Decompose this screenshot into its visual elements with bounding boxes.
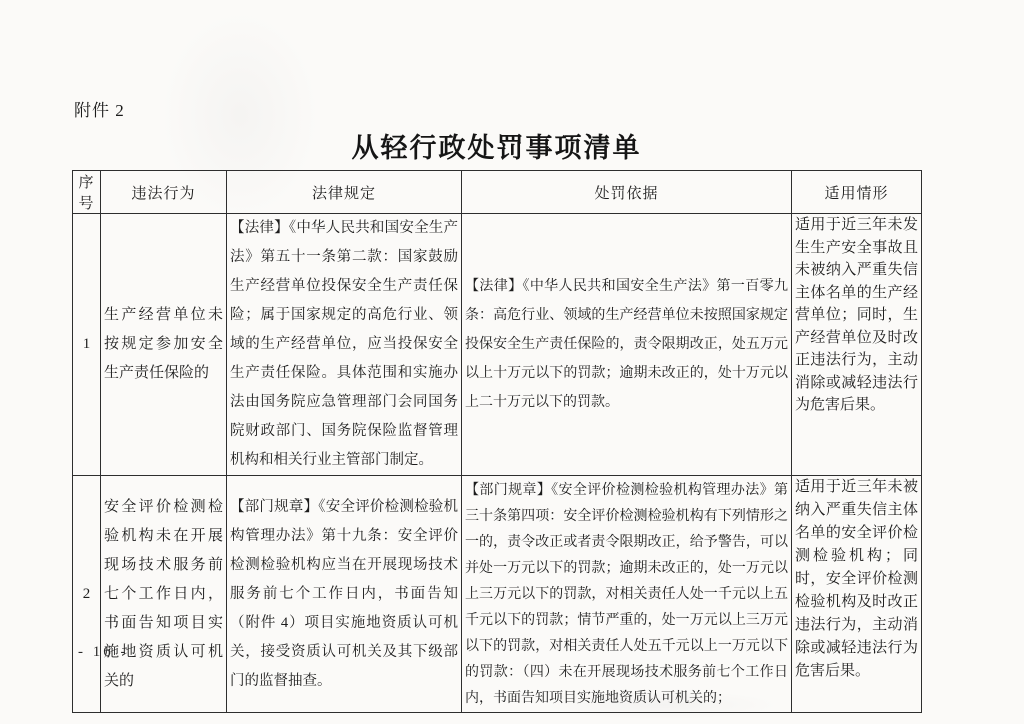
header-legal-provision: 法律规定 <box>227 171 462 214</box>
attachment-label: 附件 2 <box>74 96 125 121</box>
cell-index: 1 <box>73 214 101 476</box>
table-row: 1 生产经营单位未按规定参加安全生产责任保险的 【法律】《中华人民共和国安全生产… <box>73 214 922 476</box>
header-index: 序号 <box>73 171 101 214</box>
header-violation: 违法行为 <box>101 171 227 214</box>
cell-violation: 生产经营单位未按规定参加安全生产责任保险的 <box>101 214 227 476</box>
cell-applicable-situation: 适用于近三年未被纳入严重失信主体名单的安全评价检测检验机构；同时，安全评价检测检… <box>792 476 922 713</box>
header-penalty-basis: 处罚依据 <box>462 171 792 214</box>
document-page: 附件 2 从轻行政处罚事项清单 序号 违法行为 法律规定 处罚依据 适用情形 1… <box>0 0 1024 724</box>
header-applicable-situation: 适用情形 <box>792 171 922 214</box>
penalty-items-table: 序号 违法行为 法律规定 处罚依据 适用情形 1 生产经营单位未按规定参加安全生… <box>72 170 922 713</box>
cell-applicable-situation: 适用于近三年未发生生产安全事故且未被纳入严重失信主体名单的生产经营单位；同时，生… <box>792 214 922 476</box>
cell-legal-provision: 【部门规章】《安全评价检测检验机构管理办法》第十九条：安全评价检测检验机构应当在… <box>227 476 462 713</box>
cell-penalty-basis: 【法律】《中华人民共和国安全生产法》第一百零九条：高危行业、领域的生产经营单位未… <box>462 214 792 476</box>
page-title: 从轻行政处罚事项清单 <box>72 126 921 165</box>
table-header-row: 序号 违法行为 法律规定 处罚依据 适用情形 <box>73 171 922 214</box>
table-row: 2 安全评价检测检验机构未在开展现场技术服务前七个工作日内，书面告知项目实施地资… <box>73 476 922 713</box>
cell-violation: 安全评价检测检验机构未在开展现场技术服务前七个工作日内，书面告知项目实施地资质认… <box>101 476 227 713</box>
cell-index: 2 <box>73 476 101 713</box>
cell-penalty-basis: 【部门规章】《安全评价检测检验机构管理办法》第三十条第四项：安全评价检测检验机构… <box>462 476 792 713</box>
page-number: - 16 - <box>78 644 129 661</box>
cell-legal-provision: 【法律】《中华人民共和国安全生产法》第五十一条第二款：国家鼓励生产经营单位投保安… <box>227 214 462 476</box>
